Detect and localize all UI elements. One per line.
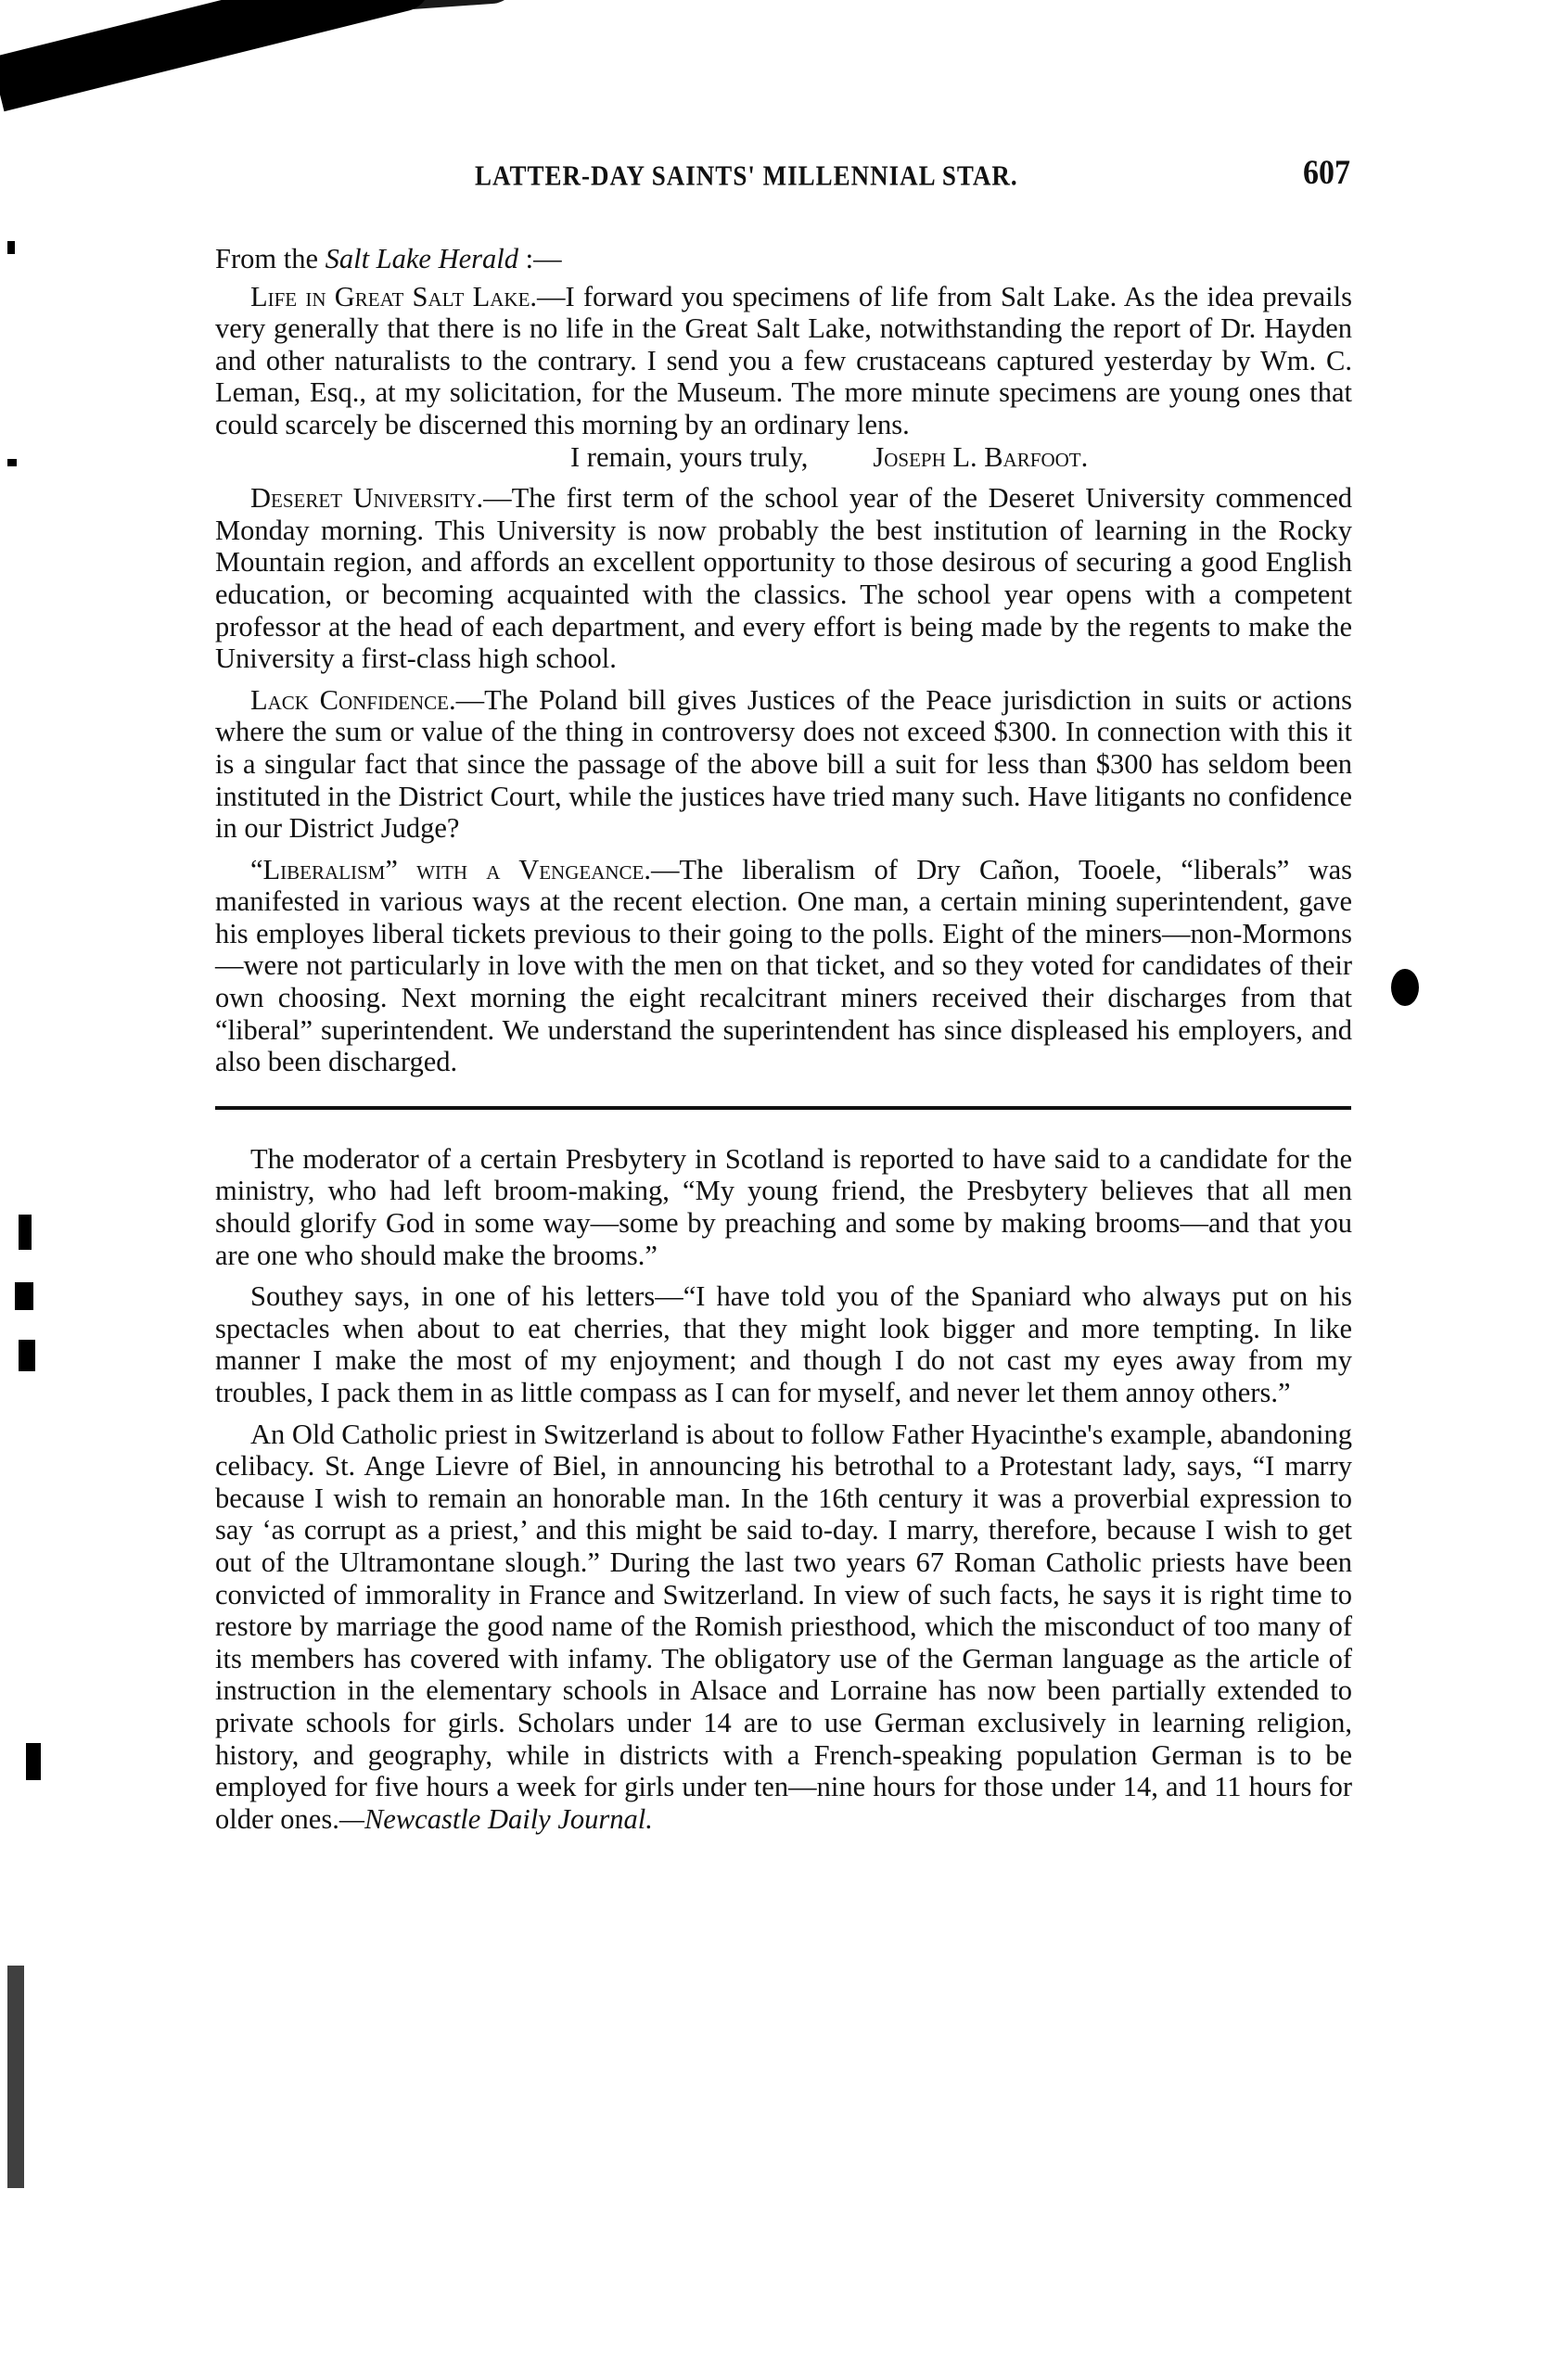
margin-mark	[26, 1743, 41, 1780]
article-heading: “Liberalism” with a Vengeance.	[250, 854, 651, 885]
article-life-in-great-salt-lake: Life in Great Salt Lake.—I forward you s…	[215, 281, 1352, 441]
article-body: The moderator of a certain Presbytery in…	[215, 1143, 1352, 1271]
running-head: LATTER-DAY SAINTS' MILLENNIAL STAR. 607	[215, 156, 1352, 197]
section-divider-rule	[215, 1106, 1351, 1110]
article-deseret-university: Deseret University.—The first term of th…	[215, 482, 1352, 675]
signature-name: Joseph L. Barfoot.	[873, 441, 1088, 474]
article-body: Southey says, in one of his letters—“I h…	[215, 1280, 1352, 1408]
scan-edge-shadow	[0, 0, 436, 111]
article-heading: Deseret University.	[250, 482, 483, 514]
article-heading: Life in Great Salt Lake.	[250, 281, 537, 312]
article-presbytery: The moderator of a certain Presbytery in…	[215, 1143, 1352, 1271]
article-lack-confidence: Lack Confidence.—The Poland bill gives J…	[215, 684, 1352, 845]
source-intro: From the Salt Lake Herald :—	[215, 243, 1352, 275]
page-number: 607	[1303, 154, 1350, 193]
margin-mark	[7, 1966, 24, 2188]
article-body: —The liberalism of Dry Cañon, Tooele, “l…	[215, 854, 1352, 1078]
source-intro-tail: :—	[518, 243, 562, 274]
scan-edge-shadow-top	[305, 0, 520, 17]
margin-mark	[19, 1340, 35, 1371]
margin-mark	[7, 241, 15, 254]
scanned-page: LATTER-DAY SAINTS' MILLENNIAL STAR. 607 …	[0, 0, 1558, 2380]
article-liberalism: “Liberalism” with a Vengeance.—The liber…	[215, 854, 1352, 1078]
running-title: LATTER-DAY SAINTS' MILLENNIAL STAR.	[475, 159, 1018, 193]
source-intro-lead: From the	[215, 243, 326, 274]
margin-mark	[19, 1215, 32, 1250]
signature-line: I remain, yours truly,Joseph L. Barfoot.	[215, 441, 1352, 474]
article-body: An Old Catholic priest in Switzerland is…	[215, 1419, 1352, 1835]
text-column: From the Salt Lake Herald :— Life in Gre…	[215, 243, 1352, 1844]
article-old-catholic: An Old Catholic priest in Switzerland is…	[215, 1419, 1352, 1836]
closing: I remain, yours truly,	[570, 441, 808, 473]
margin-mark	[7, 459, 17, 466]
article-attribution: —Newcastle Daily Journal.	[339, 1803, 653, 1835]
source-title: Salt Lake Herald	[326, 243, 518, 274]
article-southey: Southey says, in one of his letters—“I h…	[215, 1280, 1352, 1408]
article-heading: Lack Confidence.	[250, 684, 456, 716]
margin-mark	[15, 1282, 33, 1310]
ink-blot	[1391, 969, 1419, 1006]
